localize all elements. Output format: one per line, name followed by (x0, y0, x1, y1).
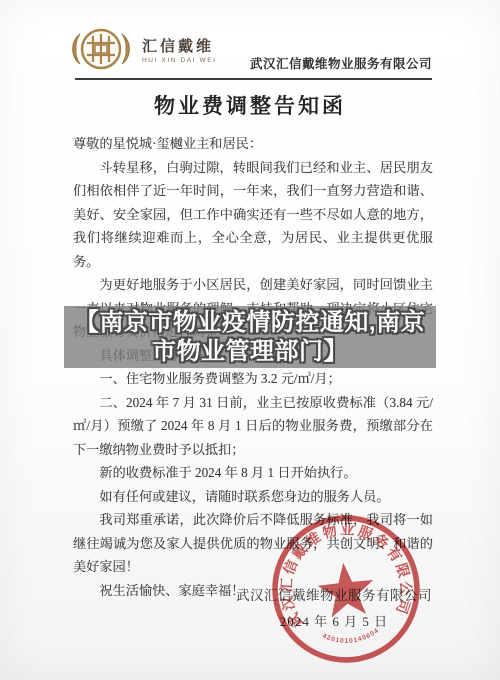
document-photo: 汇信戴维 HUI XIN DAI WEI 武汉汇信戴维物业服务有限公司 物业费调… (0, 0, 500, 680)
paragraph: 如有任何或建议，请随时联系您身边的服务人员。 (73, 485, 433, 509)
logo-emblem-icon (66, 26, 136, 72)
document-title: 物业费调整告知函 (0, 90, 500, 120)
seal-code: 4201010140604 (321, 627, 382, 648)
logo-name-en: HUI XIN DAI WEI (142, 57, 217, 64)
caption-overlay-band: 【南京市物业疫情防控通知,南京市物业管理部门】 (64, 306, 436, 368)
paragraph: 斗转星移，白驹过隙，转眼间我们已经和业主、居民朋友们相依相伴了近一年时间，一年来… (73, 156, 433, 274)
company-seal-stamp: 武汉汇信戴维物业服务有限公司 4201010140604 (262, 505, 429, 672)
svg-text:4201010140604: 4201010140604 (321, 627, 382, 648)
paragraph-item-1: 一、住宅物业服务费调整为 3.2 元/㎡/月； (73, 367, 433, 391)
logo-name-cn: 汇信戴维 (142, 35, 217, 56)
company-name-header: 武汉汇信戴维物业服务有限公司 (250, 54, 432, 72)
paragraph-item-2: 二、2024 年 7 月 31 日前，业主已按原收费标准（3.84 元/㎡/月）… (73, 391, 433, 462)
seal-star-icon (315, 560, 376, 619)
header-divider (75, 78, 432, 80)
salutation: 尊敬的星悦城·玺樾业主和居民： (73, 132, 433, 156)
caption-overlay-text: 【南京市物业疫情防控通知,南京市物业管理部门】 (64, 308, 436, 366)
paragraph: 新的收费标准于 2024 年 8 月 1 日开始执行。 (73, 461, 433, 485)
company-logo: 汇信戴维 HUI XIN DAI WEI (66, 26, 217, 72)
logo-text: 汇信戴维 HUI XIN DAI WEI (142, 35, 217, 64)
